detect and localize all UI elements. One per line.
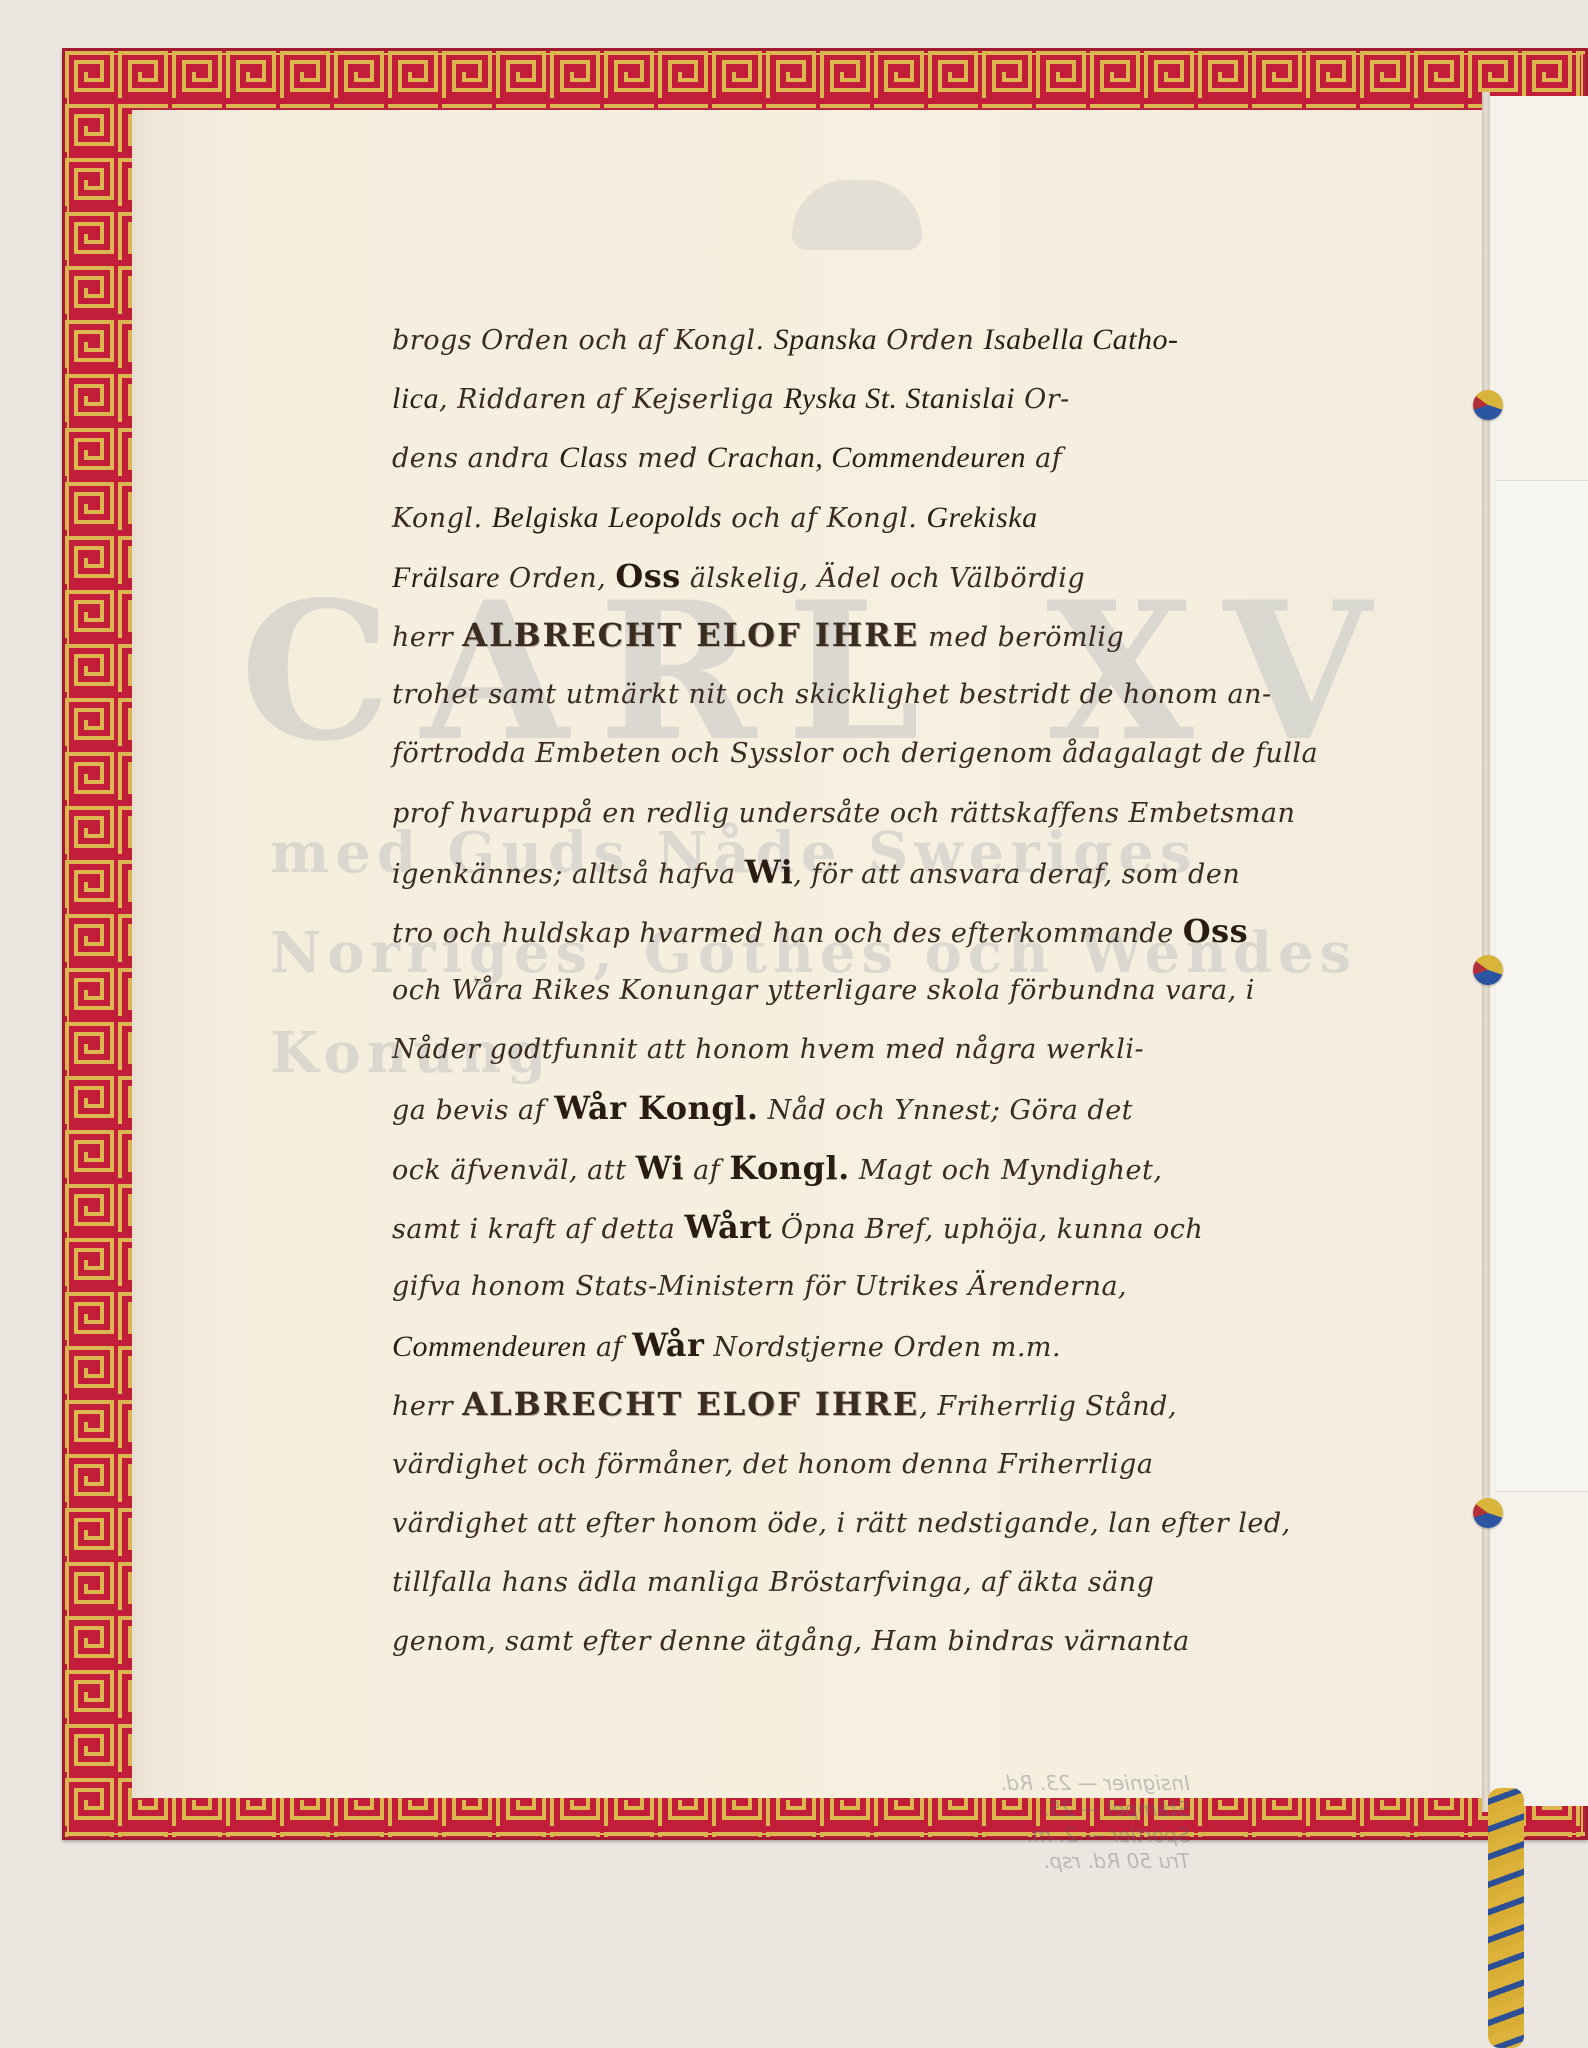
text-segment: Wi xyxy=(636,1149,685,1187)
text-segment: Wårt xyxy=(684,1208,772,1246)
text-segment: förtrodda Embeten och Sysslor och derige… xyxy=(392,738,1318,769)
text-line: ga bevis af Wår Kongl. Nåd och Ynnest; G… xyxy=(392,1079,1292,1138)
recipient-name: ALBRECHT ELOF IHRE xyxy=(462,616,919,654)
text-segment: samt i kraft af detta xyxy=(392,1214,684,1245)
binding-cord-knot-icon xyxy=(1473,955,1503,985)
text-segment: Oss xyxy=(615,557,680,595)
text-segment: Orden xyxy=(877,325,983,356)
text-segment: och Wåra Rikes Konungar ytterligare skol… xyxy=(392,975,1255,1006)
text-segment: igenkännes; alltså hafva xyxy=(392,859,745,890)
text-line: igenkännes; alltså hafva Wi, för att ans… xyxy=(392,843,1292,902)
text-line: lica, Riddaren af Kejserliga Ryska St. S… xyxy=(392,369,1292,428)
text-segment: Magt och Myndighet, xyxy=(850,1155,1163,1186)
text-segment: Leopolds xyxy=(608,501,722,534)
text-segment: värdighet och förmåner, det honom denna … xyxy=(392,1449,1153,1480)
text-segment: tro och huldskap hvarmed han och des eft… xyxy=(392,918,1183,949)
text-segment: , Riddaren af Kejserliga xyxy=(439,384,784,415)
text-line: Kongl. Belgiska Leopolds och af Kongl. G… xyxy=(392,488,1292,547)
text-segment: Isabella Catho- xyxy=(984,323,1179,356)
text-segment: ga bevis af xyxy=(392,1095,554,1126)
text-line: tillfalla hans ädla manliga Bröstarfving… xyxy=(392,1553,1292,1612)
text-segment: Or- xyxy=(1015,384,1070,415)
text-line: ock äfvenväl, att Wi af Kongl. Magt och … xyxy=(392,1139,1292,1198)
text-line: Nåder godtfunnit att honom hvem med någr… xyxy=(392,1020,1292,1079)
text-segment: genom, samt efter denne ätgång, Ham bind… xyxy=(392,1626,1190,1657)
text-segment: , Friherrlig Stånd, xyxy=(919,1391,1177,1422)
text-line: brogs Orden och af Kongl. Spanska Orden … xyxy=(392,310,1292,369)
text-segment: Crachan, Commendeuren xyxy=(707,441,1026,474)
text-segment: lica xyxy=(392,382,439,415)
text-segment: älskelig, Ädel och Välbördig xyxy=(681,563,1085,594)
text-segment: herr xyxy=(392,622,462,653)
text-segment: Nåder godtfunnit att honom hvem med någr… xyxy=(392,1034,1144,1065)
text-segment: med xyxy=(628,443,707,474)
text-line: prof hvaruppå en redlig undersåte och rä… xyxy=(392,784,1292,843)
text-segment: prof hvaruppå en redlig undersåte och rä… xyxy=(392,798,1295,829)
binding-cord-tassel xyxy=(1488,1788,1524,2048)
text-segment: af xyxy=(587,1332,632,1363)
text-segment: gifva honom Stats-Ministern för Utrikes … xyxy=(392,1271,1127,1302)
recipient-name: ALBRECHT ELOF IHRE xyxy=(462,1385,919,1423)
right-page-insert-sheet xyxy=(1496,480,1588,1492)
handwritten-body: brogs Orden och af Kongl. Spanska Orden … xyxy=(392,310,1292,1671)
text-segment: herr xyxy=(392,1391,462,1422)
text-segment: Commendeuren xyxy=(392,1330,587,1363)
text-segment: och af Kongl. xyxy=(722,503,926,534)
text-segment: med berömlig xyxy=(919,622,1124,653)
text-segment: ock äfvenväl, att xyxy=(392,1155,636,1186)
text-segment: Kongl. xyxy=(729,1149,849,1187)
text-segment: Nåd och Ynnest; Göra det xyxy=(759,1095,1134,1126)
text-segment: Öpna Bref, uphöja, kunna och xyxy=(772,1214,1203,1245)
text-segment: trohet samt utmärkt nit och skicklighet … xyxy=(392,679,1272,710)
text-segment: Wi xyxy=(745,853,794,891)
text-line: herr ALBRECHT ELOF IHRE med berömlig xyxy=(392,606,1292,665)
text-segment: Class xyxy=(559,441,628,474)
text-line: Frälsare Orden, Oss älskelig, Ädel och V… xyxy=(392,547,1292,606)
pencil-note-line: Tru 50 Rd. rsp. xyxy=(1000,1848,1190,1874)
text-line: och Wåra Rikes Konungar ytterligare skol… xyxy=(392,961,1292,1020)
text-line: Commendeuren af Wår Nordstjerne Orden m.… xyxy=(392,1316,1292,1375)
text-line: samt i kraft af detta Wårt Öpna Bref, up… xyxy=(392,1198,1292,1257)
text-segment xyxy=(599,503,608,534)
text-segment: Spanska xyxy=(774,323,878,356)
pencil-note-line: Insignier — 23. Rd. xyxy=(1000,1770,1190,1796)
text-line: trohet samt utmärkt nit och skicklighet … xyxy=(392,665,1292,724)
pencil-note-line: Stämpel — 25. xyxy=(1000,1796,1190,1822)
text-segment: Kongl. xyxy=(392,503,492,534)
text-line: värdighet och förmåner, det honom denna … xyxy=(392,1435,1292,1494)
text-line: genom, samt efter denne ätgång, Ham bind… xyxy=(392,1612,1292,1671)
text-segment: Oss xyxy=(1183,912,1248,950)
text-segment: dens andra xyxy=(392,443,559,474)
book-gutter xyxy=(1482,92,1490,1812)
text-segment: af xyxy=(684,1155,729,1186)
text-line: dens andra Class med Crachan, Commendeur… xyxy=(392,428,1292,487)
text-segment: Wår xyxy=(632,1326,704,1364)
text-segment: Belgiska xyxy=(492,501,599,534)
text-segment: , för att ansvara deraf, som den xyxy=(793,859,1240,890)
text-segment: Wår Kongl. xyxy=(554,1089,758,1127)
text-segment: Orden, xyxy=(500,563,615,594)
text-segment: brogs Orden och af Kongl. xyxy=(392,325,774,356)
pencil-note-line: Sportler — 2. m. xyxy=(1000,1822,1190,1848)
text-segment: Nordstjerne Orden m.m. xyxy=(704,1332,1061,1363)
pencil-note-bleedthrough: Insignier — 23. Rd.Stämpel — 25.Sportler… xyxy=(1000,1770,1190,1874)
binding-cord-knot-icon xyxy=(1473,390,1503,420)
text-line: förtrodda Embeten och Sysslor och derige… xyxy=(392,724,1292,783)
text-segment: af xyxy=(1026,443,1062,474)
text-segment: tillfalla hans ädla manliga Bröstarfving… xyxy=(392,1567,1154,1598)
text-segment: Frälsare xyxy=(392,561,500,594)
binding-cord-knot-icon xyxy=(1473,1498,1503,1528)
text-line: gifva honom Stats-Ministern för Utrikes … xyxy=(392,1257,1292,1316)
text-line: herr ALBRECHT ELOF IHRE, Friherrlig Stån… xyxy=(392,1375,1292,1434)
text-line: tro och huldskap hvarmed han och des eft… xyxy=(392,902,1292,961)
text-segment: Ryska St. Stanislai xyxy=(784,382,1015,415)
text-segment: Grekiska xyxy=(926,501,1037,534)
text-line: värdighet att efter honom öde, i rätt ne… xyxy=(392,1494,1292,1553)
text-segment: värdighet att efter honom öde, i rätt ne… xyxy=(392,1508,1291,1539)
